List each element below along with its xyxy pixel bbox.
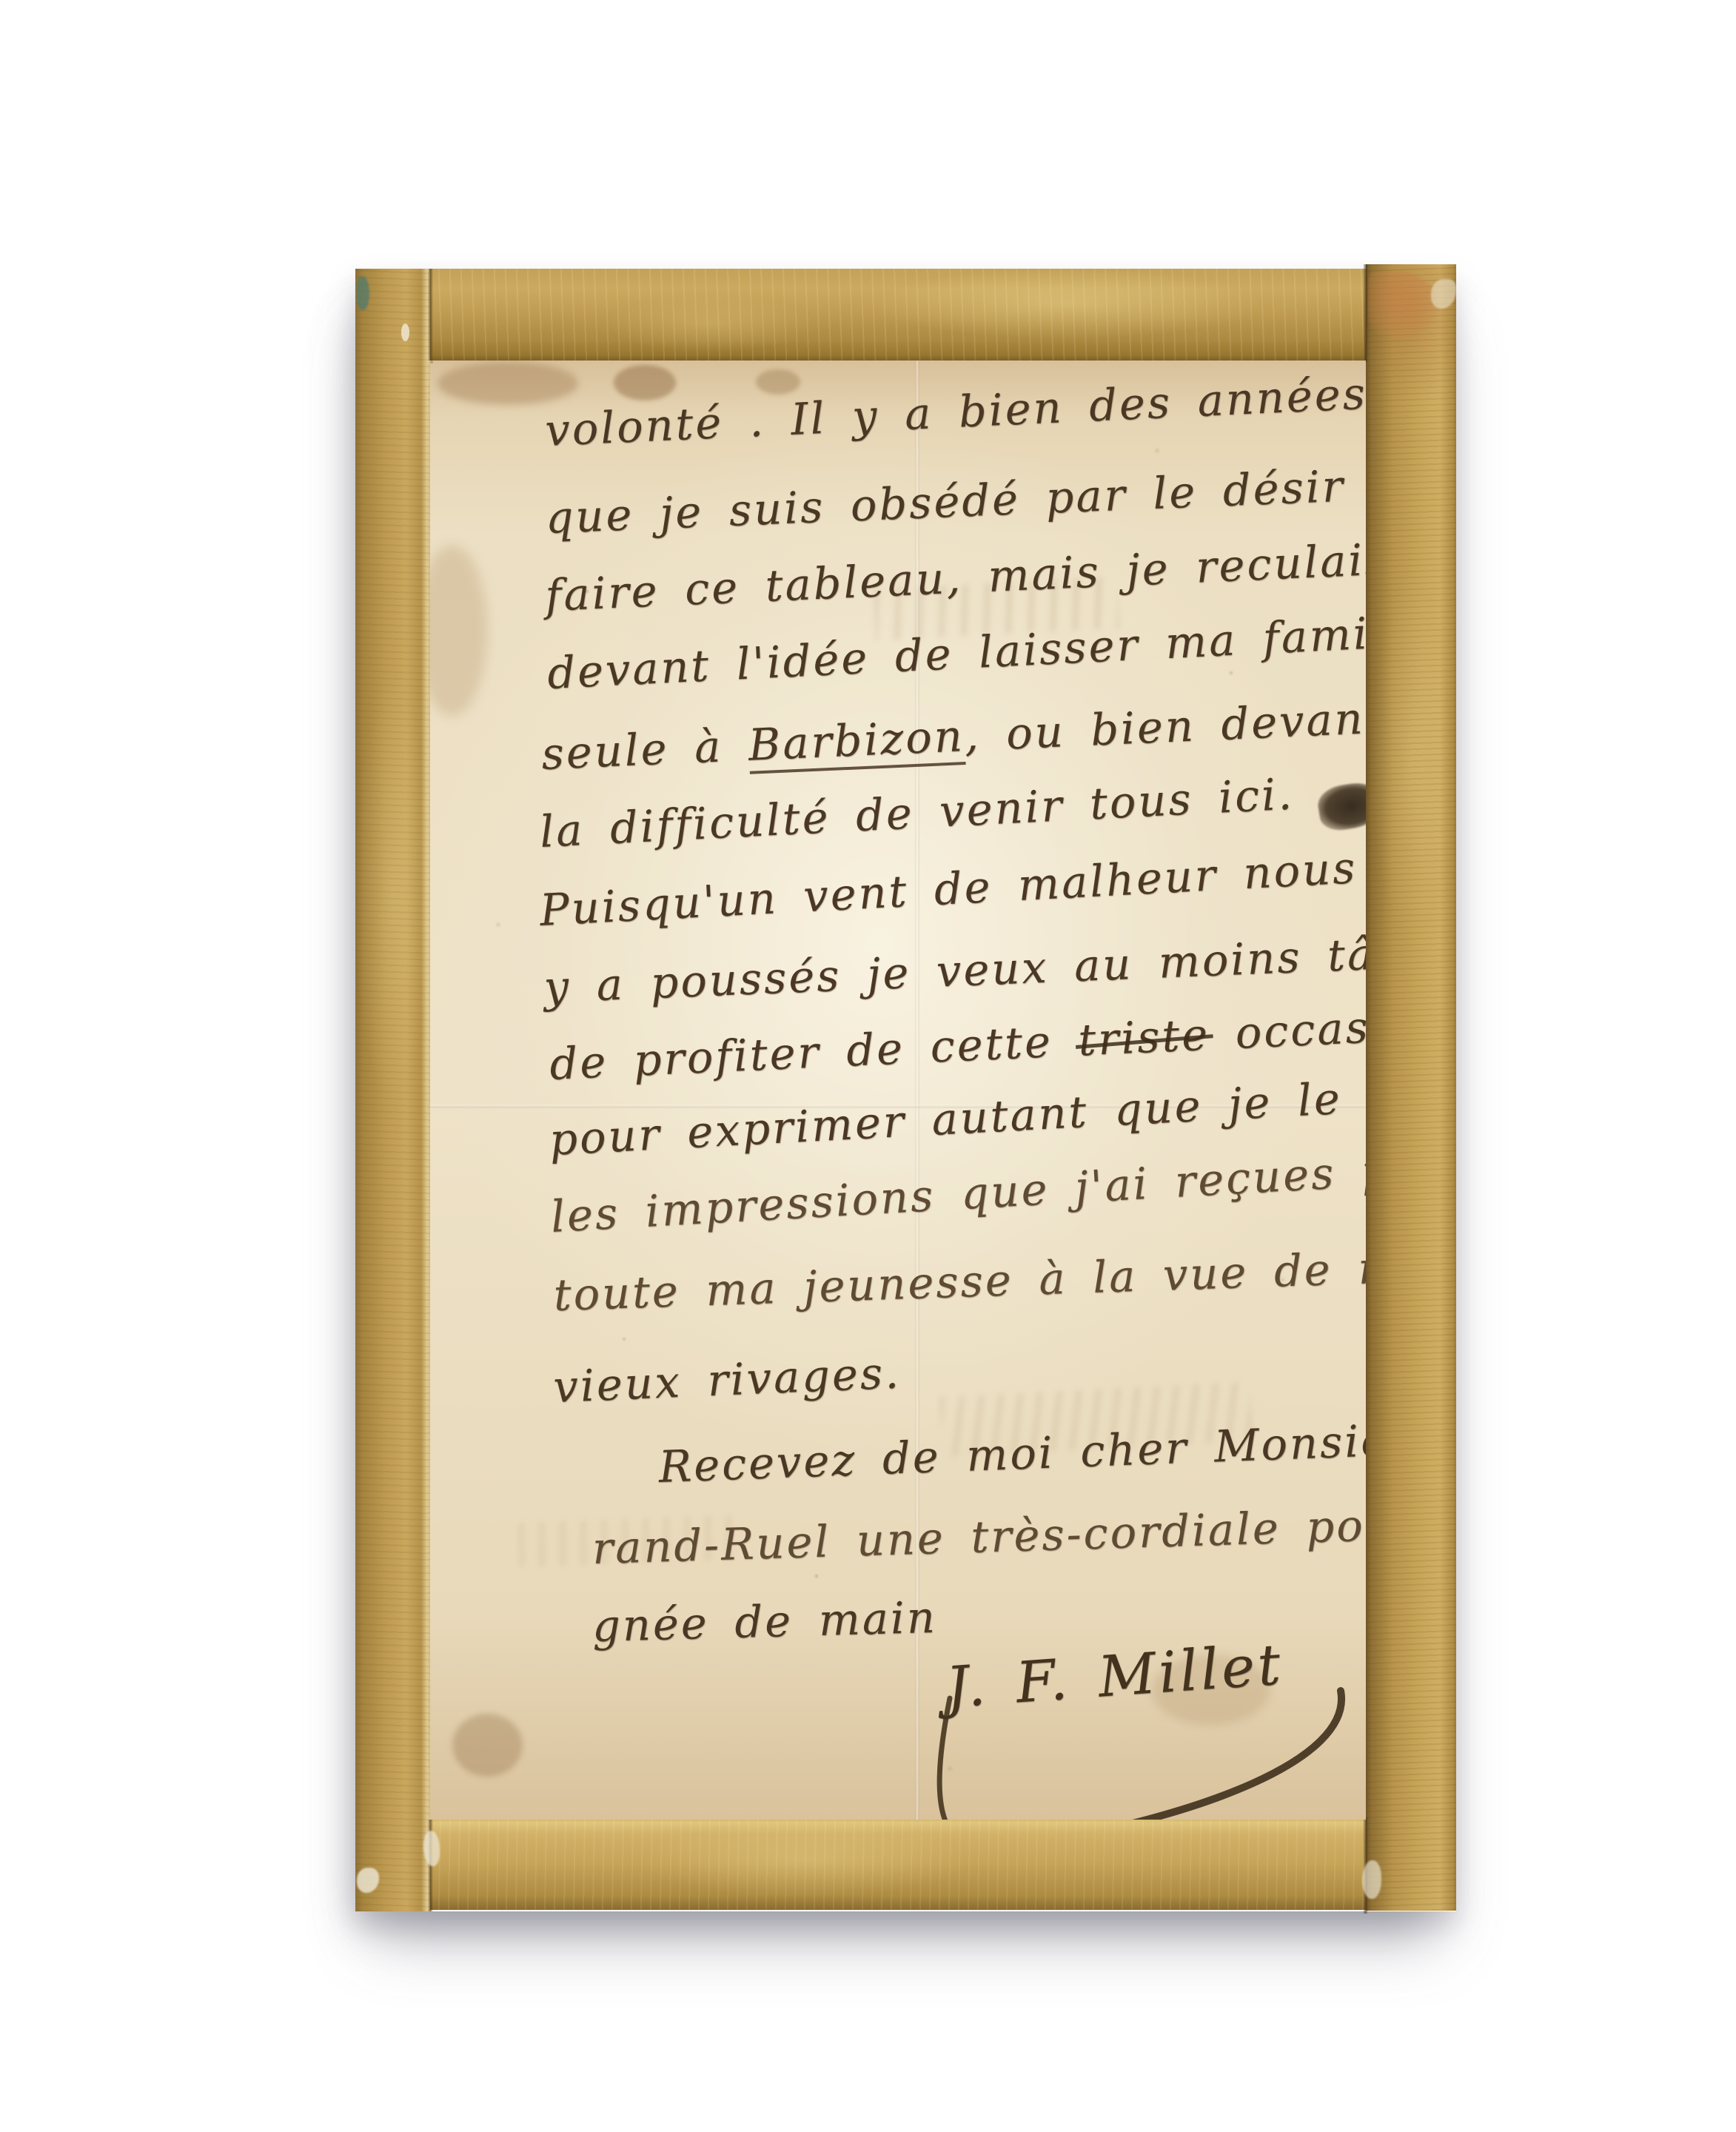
photo-background: volonté . Il y a bien des années que je …	[0, 0, 1736, 2132]
ink-scribble	[1316, 779, 1366, 833]
struck-word: triste	[1077, 1009, 1211, 1066]
letter-line-text: seule à	[540, 720, 749, 780]
letter-line: faire ce tableau, mais je reculais	[544, 533, 1366, 621]
underlined-word: Barbizon	[747, 710, 965, 774]
letter-line-text: de profiter de cette	[549, 1015, 1079, 1090]
letter-line: seule à Barbizon, ou bien devant	[540, 691, 1366, 780]
letter-line: devant l'idée de laisser ma famille	[546, 605, 1366, 699]
frame-joint-seam	[428, 269, 433, 361]
paper-stain	[438, 362, 578, 405]
letter-line-text: occasion	[1208, 998, 1366, 1059]
letter-line: y a poussés je veux au moins tâcher	[543, 924, 1366, 1013]
frame-chip	[357, 276, 369, 310]
letter-line: toute ma jeunesse à la vue de m	[553, 1241, 1366, 1321]
frame-rail-bottom	[430, 1820, 1366, 1910]
paper-stain	[430, 546, 487, 716]
frame-rail-top	[430, 269, 1366, 361]
letter-line: Recevez de moi cher Monsieur Du	[657, 1409, 1366, 1492]
letter-line: rand-Ruel une très-cordiale poi	[591, 1499, 1366, 1574]
letter-line-text: , ou bien devant	[963, 691, 1366, 761]
frame-rail-right	[1366, 264, 1456, 1911]
paper-stain	[614, 365, 676, 400]
frame-rail-left	[355, 269, 430, 1911]
letter-line: que je suis obsédé par le désir de	[544, 457, 1366, 543]
letter-line: vieux rivages.	[552, 1347, 902, 1412]
letter-line: Puisqu'un vent de malheur nous	[538, 842, 1358, 936]
letter-frame: volonté . Il y a bien des années que je …	[355, 269, 1456, 1911]
frame-chip	[1362, 1860, 1381, 1899]
letter-line: volonté . Il y a bien des années	[544, 368, 1366, 456]
letter-line: de profiter de cette triste occasion	[549, 998, 1366, 1090]
paper-foxing-specks	[430, 361, 433, 363]
frame-chip	[423, 1831, 440, 1866]
letter-paper: volonté . Il y a bien des années que je …	[430, 361, 1366, 1820]
paper-stain	[756, 369, 800, 395]
frame-joint-seam	[1363, 264, 1368, 362]
letter-line: gnée de main	[591, 1592, 937, 1652]
frame-chip	[401, 324, 409, 341]
paper-stain	[452, 1714, 523, 1777]
